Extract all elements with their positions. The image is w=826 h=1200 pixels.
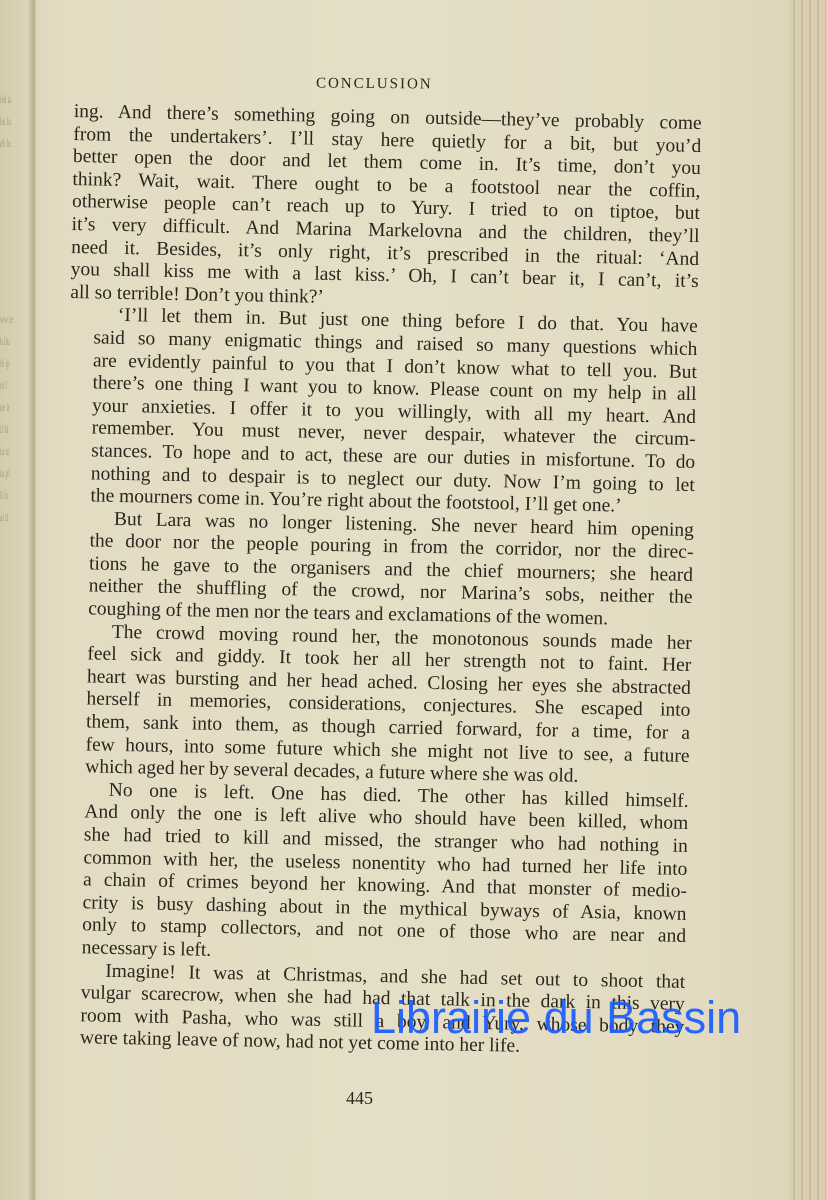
book-gutter bbox=[34, 0, 37, 1200]
paragraph: No one is left. One has died. The other … bbox=[58, 779, 689, 972]
watermark: Librairie du Bassin bbox=[371, 992, 741, 1044]
paragraph: ‘I’ll let them in. But just one thing be… bbox=[66, 304, 698, 519]
running-head: CONCLUSION bbox=[316, 75, 433, 93]
paragraph: The crowd moving round her, the monotono… bbox=[61, 621, 692, 791]
facing-page-edge: ish ia hu lu ah lu ww ie h ilu ib ip ni … bbox=[0, 0, 34, 1200]
paragraph: ing. And there’s something going on outs… bbox=[70, 101, 702, 316]
paragraph: But Lara was no longer listening. She ne… bbox=[64, 508, 694, 633]
body-text: ing. And there’s something going on outs… bbox=[56, 101, 702, 1062]
page-stack-edges bbox=[790, 0, 826, 1200]
book-photo: ish ia hu lu ah lu ww ie h ilu ib ip ni … bbox=[0, 0, 826, 1200]
facing-page-bleed-text: ish ia hu lu ah lu ww ie h ilu ib ip ni … bbox=[0, 88, 13, 528]
page-number: 445 bbox=[346, 1088, 373, 1109]
